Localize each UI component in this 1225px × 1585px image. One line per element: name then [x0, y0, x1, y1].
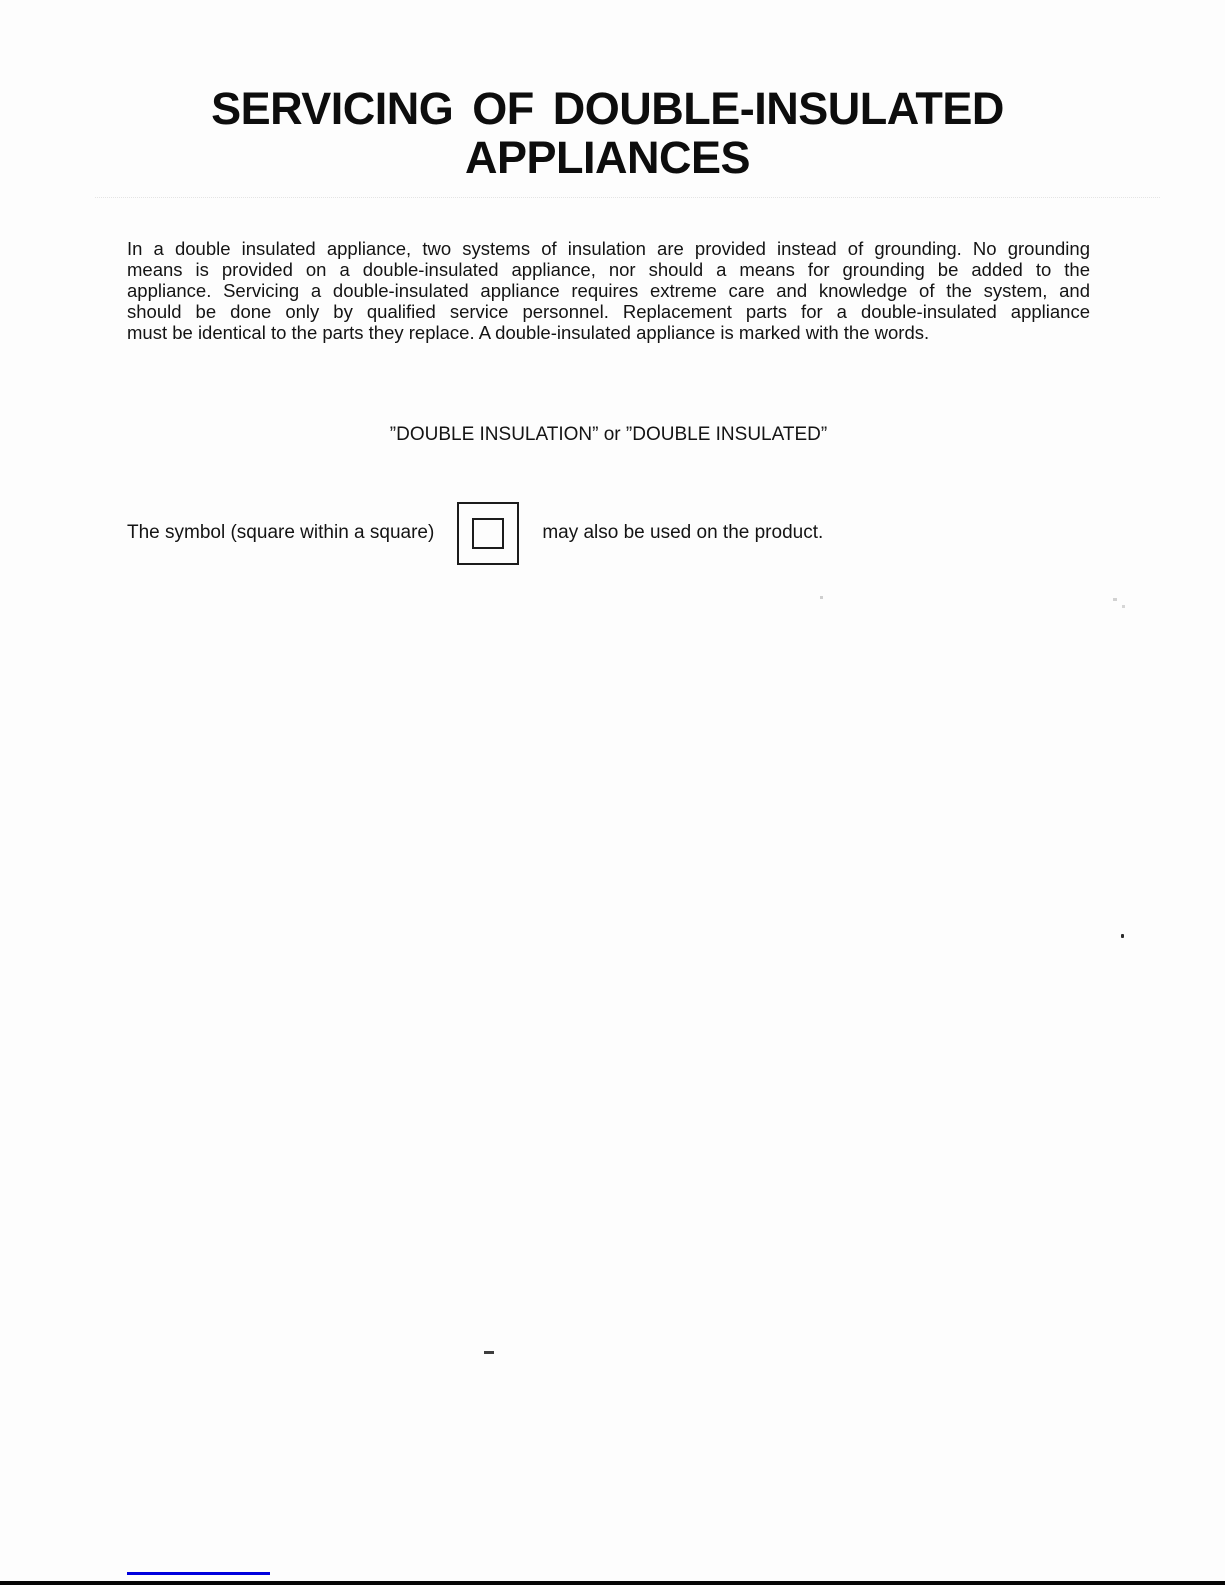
- double-insulation-symbol-icon: [457, 502, 519, 565]
- symbol-sentence-row: The symbol (square within a square) may …: [127, 498, 823, 568]
- symbol-sentence-prefix: The symbol (square within a square): [127, 522, 434, 544]
- page-bottom-edge: [0, 1581, 1225, 1585]
- paragraph-line: must be identical to the parts they repl…: [127, 322, 1090, 343]
- scanned-document-page: SERVICING OF DOUBLE-INSULATED APPLIANCES…: [0, 0, 1225, 1585]
- scan-speck: [820, 596, 823, 599]
- paragraph-line: appliance. Servicing a double-insulated …: [127, 280, 1090, 301]
- body-paragraph: In a double insulated appliance, two sys…: [127, 238, 1090, 343]
- scan-speck: [1113, 598, 1117, 601]
- page-title-line1: SERVICING OF DOUBLE-INSULATED: [0, 84, 1215, 133]
- scan-artifact-line: [95, 197, 1160, 198]
- paragraph-line: should be done only by qualified service…: [127, 301, 1090, 322]
- footer-link-underline[interactable]: [127, 1572, 270, 1575]
- scan-speck-dash: [484, 1351, 494, 1354]
- page-title: SERVICING OF DOUBLE-INSULATED APPLIANCES: [0, 84, 1215, 182]
- marking-words-line: ”DOUBLE INSULATION” or ”DOUBLE INSULATED…: [127, 424, 1090, 446]
- scan-speck-dot: [1121, 934, 1124, 938]
- symbol-sentence-suffix: may also be used on the product.: [542, 522, 823, 544]
- page-title-line2: APPLIANCES: [0, 133, 1215, 182]
- double-insulation-symbol-inner-square: [472, 518, 504, 549]
- paragraph-line: means is provided on a double-insulated …: [127, 259, 1090, 280]
- paragraph-line: In a double insulated appliance, two sys…: [127, 238, 1090, 259]
- scan-speck: [1122, 605, 1125, 608]
